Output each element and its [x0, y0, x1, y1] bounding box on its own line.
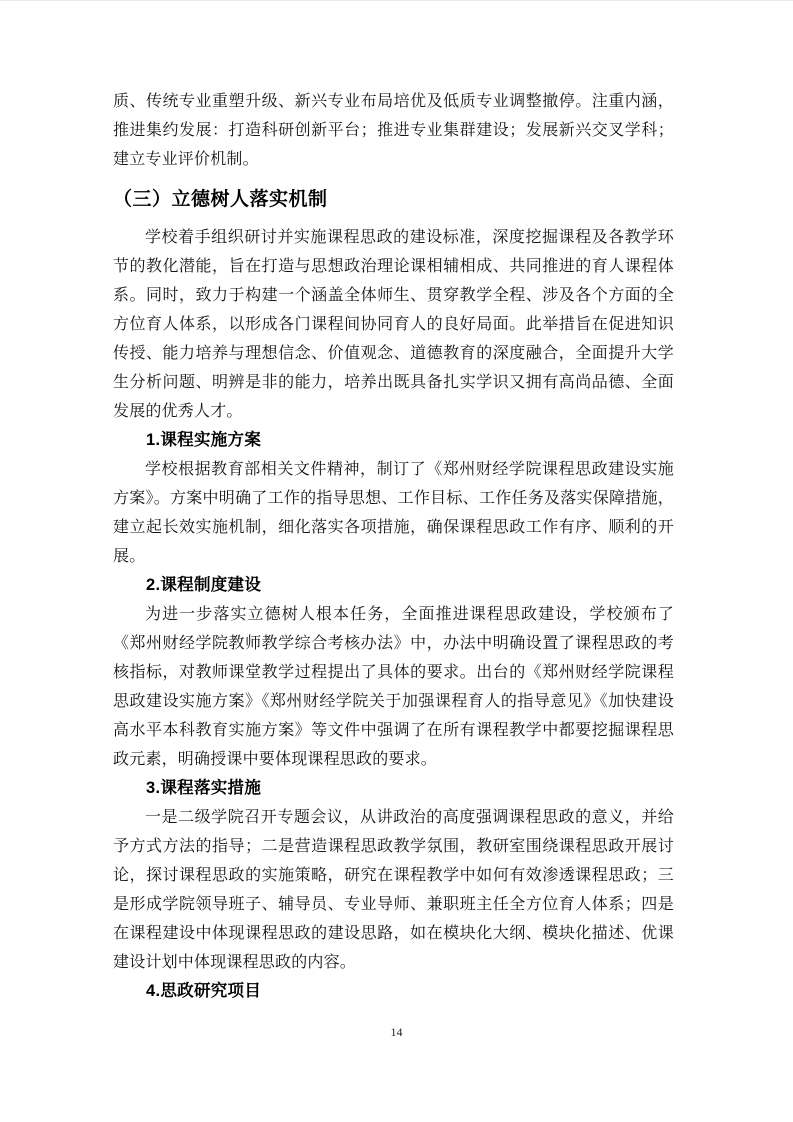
subheading-2-course-system-construction: 2.课程制度建设: [113, 571, 674, 600]
page-footer: 14: [0, 1023, 793, 1041]
body-paragraph: 为进一步落实立德树人根本任务，全面推进课程思政建设，学校颁布了《郑州财经学院教师…: [113, 600, 674, 774]
subheading-3-course-implementation-measures: 3.课程落实措施: [113, 774, 674, 803]
body-paragraph: 学校根据教育部相关文件精神，制订了《郑州财经学院课程思政建设实施方案》。方案中明…: [113, 455, 674, 571]
subheading-4-ideology-research-projects: 4.思政研究项目: [113, 977, 674, 1006]
body-paragraph: 学校着手组织研讨并实施课程思政的建设标准，深度挖掘课程及各教学环节的教化潜能，旨…: [113, 223, 674, 426]
body-paragraph-continuation: 质、传统专业重塑升级、新兴专业布局培优及低质专业调整撤停。注重内涵，推进集约发展…: [113, 87, 674, 174]
page-number: 14: [391, 1025, 403, 1039]
document-content: 质、传统专业重塑升级、新兴专业布局培优及低质专业调整撤停。注重内涵，推进集约发展…: [113, 87, 674, 1006]
section-heading-lideshuren: （三）立德树人落实机制: [113, 185, 674, 215]
body-paragraph: 一是二级学院召开专题会议，从讲政治的高度强调课程思政的意义，并给予方式方法的指导…: [113, 803, 674, 977]
subheading-1-course-implementation-plan: 1.课程实施方案: [113, 426, 674, 455]
document-page: 质、传统专业重塑升级、新兴专业布局培优及低质专业调整撤停。注重内涵，推进集约发展…: [0, 0, 793, 1122]
